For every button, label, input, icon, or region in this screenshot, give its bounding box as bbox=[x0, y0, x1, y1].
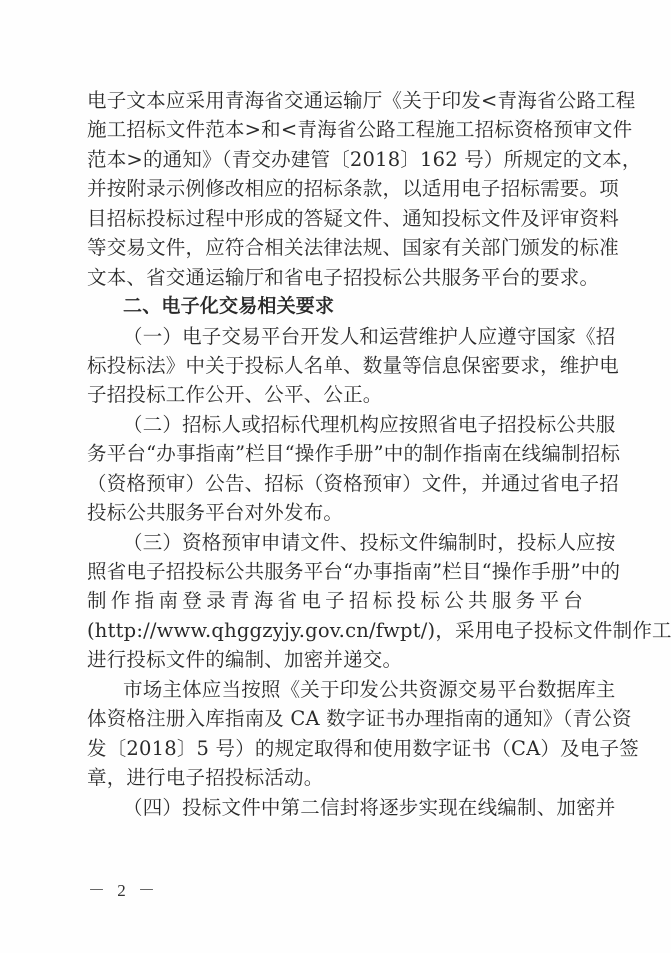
paragraph-item-1: （一）电子交易平台开发人和运营维护人应遵守国家《招 标投标法》中关于投标人名单、… bbox=[87, 322, 583, 410]
paragraph-item-2: （二）招标人或招标代理机构应按照省电子招投标公共服 务平台“办事指南”栏目“操作… bbox=[87, 410, 583, 528]
text-line: 施工招标文件范本>和<青海省公路工程施工招标资格预审文件 bbox=[87, 115, 583, 144]
document-body: 电子文本应采用青海省交通运输厅《关于印发<青海省公路工程 施工招标文件范本>和<… bbox=[87, 86, 583, 822]
text-line: 文本、省交通运输厅和省电子招投标公共服务平台的要求。 bbox=[87, 263, 583, 292]
text-line: 务平台“办事指南”栏目“操作手册”中的制作指南在线编制招标 bbox=[87, 439, 583, 468]
text-line: 范本>的通知》（青交办建管〔2018〕162 号）所规定的文本， bbox=[87, 145, 583, 174]
text-line: 等交易文件，应符合相关法律法规、国家有关部门颁发的标准 bbox=[87, 233, 583, 262]
paragraph-continuation: 电子文本应采用青海省交通运输厅《关于印发<青海省公路工程 施工招标文件范本>和<… bbox=[87, 86, 583, 292]
text-line: （二）招标人或招标代理机构应按照省电子招投标公共服 bbox=[87, 410, 583, 439]
text-line: 市场主体应当按照《关于印发公共资源交易平台数据库主 bbox=[87, 675, 583, 704]
text-line: 照省电子招投标公共服务平台“办事指南”栏目“操作手册”中的 bbox=[87, 557, 583, 586]
text-line: 子招投标工作公开、公平、公正。 bbox=[87, 380, 583, 409]
section-heading: 二、电子化交易相关要求 bbox=[87, 292, 583, 321]
text-line: （一）电子交易平台开发人和运营维护人应遵守国家《招 bbox=[87, 322, 583, 351]
text-line: （资格预审）公告、招标（资格预审）文件，并通过省电子招 bbox=[87, 469, 583, 498]
paragraph-item-4: （四）投标文件中第二信封将逐步实现在线编制、加密并 bbox=[87, 793, 583, 822]
page-number: － 2 － bbox=[88, 876, 159, 901]
text-line: （三）资格预审申请文件、投标文件编制时，投标人应按 bbox=[87, 528, 583, 557]
text-line: （四）投标文件中第二信封将逐步实现在线编制、加密并 bbox=[87, 793, 583, 822]
text-line: 电子文本应采用青海省交通运输厅《关于印发<青海省公路工程 bbox=[87, 86, 583, 115]
text-line: 标投标法》中关于投标人名单、数量等信息保密要求，维护电 bbox=[87, 351, 583, 380]
paragraph-item-3: （三）资格预审申请文件、投标文件编制时，投标人应按 照省电子招投标公共服务平台“… bbox=[87, 528, 583, 675]
heading-text: 二、电子化交易相关要求 bbox=[87, 292, 583, 321]
text-line: 进行投标文件的编制、加密并递交。 bbox=[87, 645, 583, 674]
text-line: 制作指南登录青海省电子招标投标公共服务平台 bbox=[87, 586, 583, 615]
text-line: 体资格注册入库指南及 CA 数字证书办理指南的通知》（青公资 bbox=[87, 704, 583, 733]
document-page: 电子文本应采用青海省交通运输厅《关于印发<青海省公路工程 施工招标文件范本>和<… bbox=[0, 0, 671, 953]
text-line: 发〔2018〕5 号）的规定取得和使用数字证书（CA）及电子签 bbox=[87, 734, 583, 763]
text-line: 章，进行电子招投标活动。 bbox=[87, 763, 583, 792]
text-line: 投标公共服务平台对外发布。 bbox=[87, 498, 583, 527]
paragraph-market-entity: 市场主体应当按照《关于印发公共资源交易平台数据库主 体资格注册入库指南及 CA … bbox=[87, 675, 583, 793]
text-line: 目招标投标过程中形成的答疑文件、通知投标文件及评审资料 bbox=[87, 204, 583, 233]
text-line-with-url: (http://www.qhggzyjy.gov.cn/fwpt/)，采用电子投… bbox=[87, 616, 583, 645]
text-line: 并按附录示例修改相应的招标条款，以适用电子招标需要。项 bbox=[87, 174, 583, 203]
